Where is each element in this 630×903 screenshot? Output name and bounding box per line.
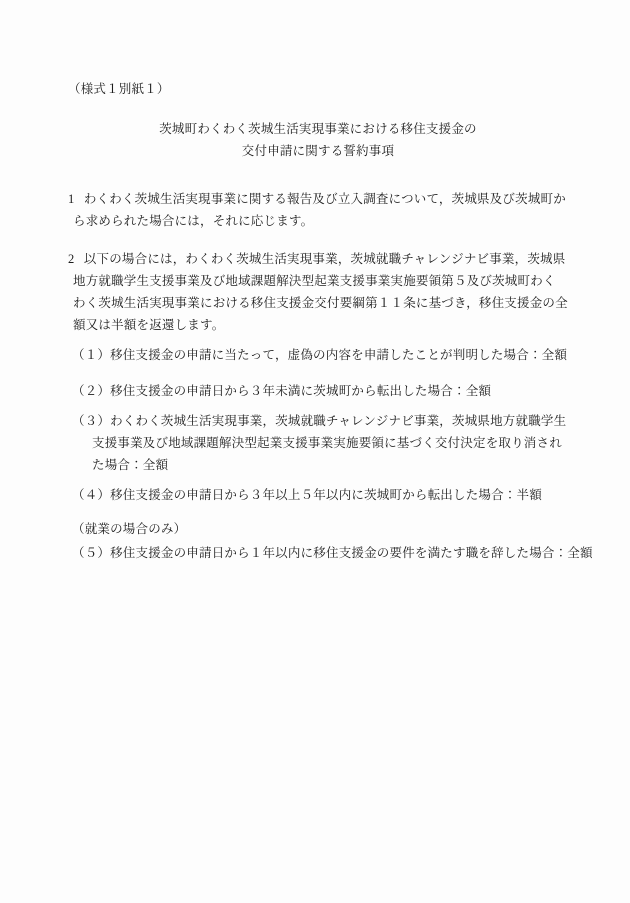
paragraph-2-number: 2: [68, 252, 74, 266]
item-4: （４）移住支援金の申請日から３年以上５年以内に茨城町から転出した場合：半額: [72, 484, 568, 506]
paragraph-1-number: 1: [68, 192, 74, 206]
item-1-text: 移住支援金の申請に当たって，虚偽の内容を申請したことが判明した場合：全額: [110, 348, 567, 362]
document-page: （様式１別紙１） 茨城町わくわく茨城生活実現事業における移住支援金の 交付申請に…: [0, 0, 630, 903]
item-5: （５）移住支援金の申請日から１年以内に移住支援金の要件を満たす職を辞した場合：全…: [72, 542, 568, 564]
paragraph-2-text: 以下の場合には，わくわく茨城生活実現事業，茨城就職チャレンジナビ事業，茨城県地方…: [73, 252, 568, 332]
title-line-2: 交付申請に関する誓約事項: [68, 140, 568, 162]
employment-note: （就業の場合のみ）: [72, 518, 568, 540]
item-5-text: 移住支援金の申請日から１年以内に移住支援金の要件を満たす職を辞した場合：全額: [110, 546, 593, 560]
item-4-label: （４）: [72, 488, 110, 502]
item-2-text: 移住支援金の申請日から３年未満に茨城町から転出した場合：全額: [110, 384, 491, 398]
item-3-text: わくわく茨城生活実現事業，茨城就職チャレンジナビ事業，茨城県地方就職学生支援事業…: [92, 414, 566, 472]
item-2-label: （２）: [72, 384, 110, 398]
paragraph-2: 2以下の場合には，わくわく茨城生活実現事業，茨城就職チャレンジナビ事業，茨城県地…: [68, 248, 568, 336]
item-1: （１）移住支援金の申請に当たって，虚偽の内容を申請したことが判明した場合：全額: [72, 344, 568, 366]
item-5-label: （５）: [72, 546, 110, 560]
document-title: 茨城町わくわく茨城生活実現事業における移住支援金の 交付申請に関する誓約事項: [68, 118, 568, 162]
document-content: （様式１別紙１） 茨城町わくわく茨城生活実現事業における移住支援金の 交付申請に…: [68, 78, 568, 564]
item-2: （２）移住支援金の申請日から３年未満に茨城町から転出した場合：全額: [72, 380, 568, 402]
form-label: （様式１別紙１）: [68, 78, 568, 100]
item-3-label: （３）: [72, 414, 110, 428]
item-1-label: （１）: [72, 348, 110, 362]
item-4-text: 移住支援金の申請日から３年以上５年以内に茨城町から転出した場合：半額: [110, 488, 542, 502]
title-line-1: 茨城町わくわく茨城生活実現事業における移住支援金の: [68, 118, 568, 140]
item-3: （３）わくわく茨城生活実現事業，茨城就職チャレンジナビ事業，茨城県地方就職学生支…: [72, 410, 568, 476]
paragraph-1-text: わくわく茨城生活実現事業に関する報告及び立入調査について，茨城県及び茨城町から求…: [73, 192, 566, 228]
paragraph-1: 1わくわく茨城生活実現事業に関する報告及び立入調査について，茨城県及び茨城町から…: [68, 188, 568, 232]
